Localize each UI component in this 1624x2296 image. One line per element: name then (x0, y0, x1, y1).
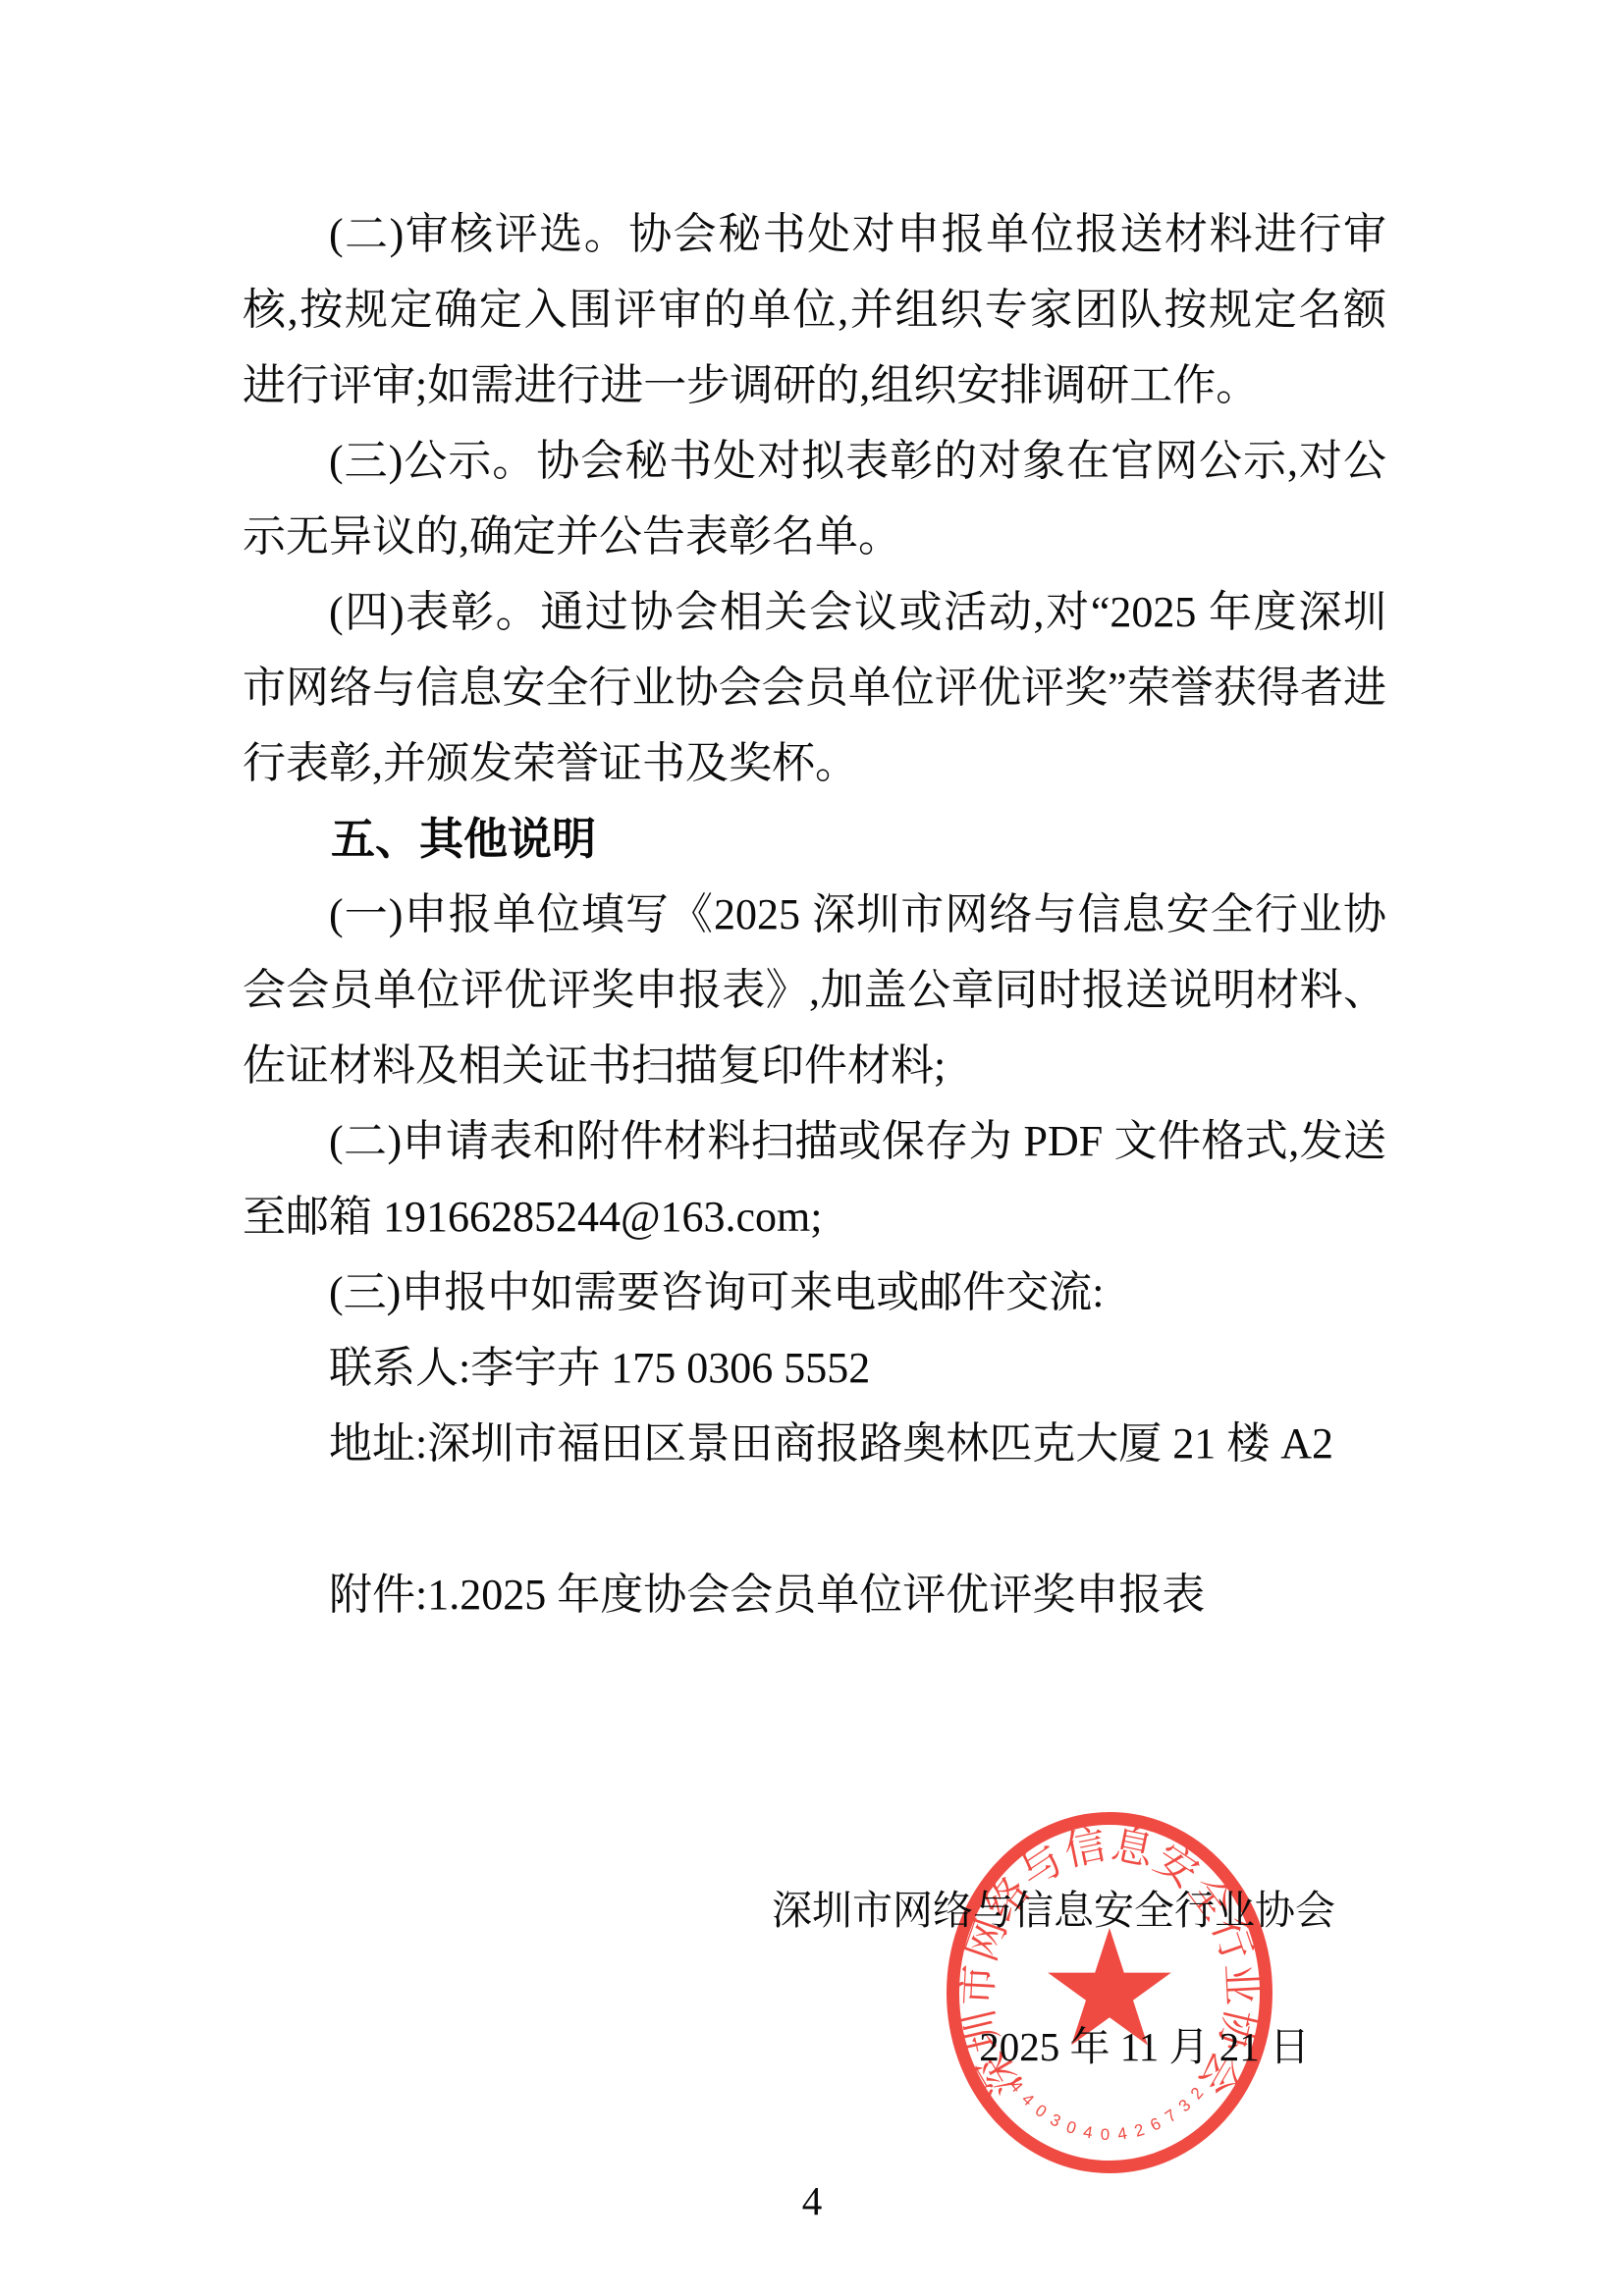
seal-code-arc: 4403040426732 (1006, 2077, 1214, 2144)
page-number: 4 (0, 2177, 1624, 2224)
signature-block: 深圳市网络与信息安全行业协会 2025 年 11 月 21 日 (243, 1873, 1386, 2085)
document-page: (二)审核评选。协会秘书处对申报单位报送材料进行审核,按规定确定入围评审的单位,… (0, 0, 1624, 2296)
contact-address-line: 地址:深圳市福田区景田商报路奥林匹克大厦 21 楼 A2 (243, 1406, 1386, 1481)
document-body: (二)审核评选。协会秘书处对申报单位报送材料进行审核,按规定确定入围评审的单位,… (243, 196, 1386, 1632)
section-heading-other-notes: 五、其他说明 (243, 801, 1386, 877)
paragraph-note-3: (三)申报中如需要咨询可来电或邮件交流: (243, 1255, 1386, 1330)
paragraph-note-2: (二)申请表和附件材料扫描或保存为 PDF 文件格式,发送至邮箱 1916628… (243, 1103, 1386, 1255)
attachment-line: 附件:1.2025 年度协会会员单位评优评奖申报表 (243, 1557, 1386, 1632)
seal-code-text: 4403040426732 (1006, 2077, 1214, 2144)
paragraph-publicity: (三)公示。协会秘书处对拟表彰的对象在官网公示,对公示无异议的,确定并公告表彰名… (243, 423, 1386, 574)
paragraph-commendation: (四)表彰。通过协会相关会议或活动,对“2025 年度深圳市网络与信息安全行业协… (243, 574, 1386, 801)
paragraph-review-selection: (二)审核评选。协会秘书处对申报单位报送材料进行审核,按规定确定入围评审的单位,… (243, 196, 1386, 423)
signature-date: 2025 年 11 月 21 日 (243, 2009, 1386, 2085)
signature-organization: 深圳市网络与信息安全行业协会 (243, 1873, 1386, 1949)
paragraph-note-1: (一)申报单位填写《2025 深圳市网络与信息安全行业协会会员单位评优评奖申报表… (243, 877, 1386, 1103)
contact-person-line: 联系人:李宇卉 175 0306 5552 (243, 1330, 1386, 1406)
